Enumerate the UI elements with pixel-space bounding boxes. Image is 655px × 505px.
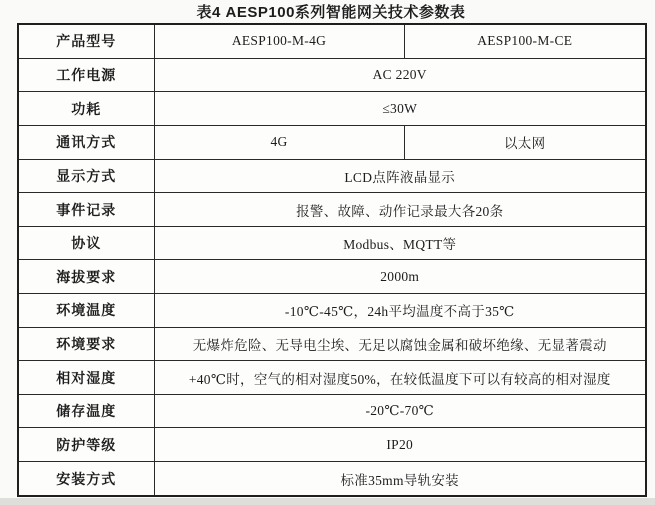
table-row: 通讯方式4G以太网 (18, 126, 646, 160)
spec-value: 标准35mm导轨安装 (154, 462, 646, 496)
spec-label: 协议 (18, 226, 154, 260)
spec-table: 产品型号AESP100-M-4GAESP100-M-CE工作电源AC 220V功… (17, 23, 647, 497)
spec-value: AESP100-M-4G (154, 24, 404, 58)
table-row: 相对湿度+40℃时，空气的相对湿度50%，在较低温度下可以有较高的相对湿度 (18, 361, 646, 395)
spec-label: 海拔要求 (18, 260, 154, 294)
table-row: 显示方式LCD点阵液晶显示 (18, 159, 646, 193)
spec-value: 报警、故障、动作记录最大各20条 (154, 193, 646, 227)
table-row: 环境温度-10℃-45℃，24h平均温度不高于35℃ (18, 294, 646, 328)
spec-label: 防护等级 (18, 428, 154, 462)
spec-label: 相对湿度 (18, 361, 154, 395)
table-row: 功耗≤30W (18, 92, 646, 126)
spec-label: 工作电源 (18, 58, 154, 92)
spec-value: -10℃-45℃，24h平均温度不高于35℃ (154, 294, 646, 328)
spec-value: 4G (154, 126, 404, 160)
page: { "title": "表4 AESP100系列智能网关技术参数表", "tab… (0, 0, 655, 505)
spec-value: 以太网 (404, 126, 646, 160)
table-row: 协议Modbus、MQTT等 (18, 226, 646, 260)
spec-label: 环境温度 (18, 294, 154, 328)
table-row: 防护等级IP20 (18, 428, 646, 462)
spec-label: 环境要求 (18, 327, 154, 361)
table-row: 安装方式标准35mm导轨安装 (18, 462, 646, 496)
table-row: 产品型号AESP100-M-4GAESP100-M-CE (18, 24, 646, 58)
table-row: 工作电源AC 220V (18, 58, 646, 92)
spec-value: +40℃时，空气的相对湿度50%，在较低温度下可以有较高的相对湿度 (154, 361, 646, 395)
spec-label: 显示方式 (18, 159, 154, 193)
spec-label: 储存温度 (18, 394, 154, 428)
table-row: 事件记录报警、故障、动作记录最大各20条 (18, 193, 646, 227)
spec-value: AESP100-M-CE (404, 24, 646, 58)
spec-label: 功耗 (18, 92, 154, 126)
spec-label: 事件记录 (18, 193, 154, 227)
spec-value: IP20 (154, 428, 646, 462)
spec-value: 2000m (154, 260, 646, 294)
spec-label: 安装方式 (18, 462, 154, 496)
spec-value: ≤30W (154, 92, 646, 126)
spec-value: 无爆炸危险、无导电尘埃、无足以腐蚀金属和破坏绝缘、无显著震动 (154, 327, 646, 361)
spec-value: AC 220V (154, 58, 646, 92)
scan-shadow-strip (0, 498, 655, 505)
spec-label: 产品型号 (18, 24, 154, 58)
spec-value: -20℃-70℃ (154, 394, 646, 428)
table-title: 表4 AESP100系列智能网关技术参数表 (17, 2, 645, 23)
table-row: 储存温度-20℃-70℃ (18, 394, 646, 428)
spec-label: 通讯方式 (18, 126, 154, 160)
spec-value: LCD点阵液晶显示 (154, 159, 646, 193)
table-row: 环境要求无爆炸危险、无导电尘埃、无足以腐蚀金属和破坏绝缘、无显著震动 (18, 327, 646, 361)
spec-value: Modbus、MQTT等 (154, 226, 646, 260)
table-row: 海拔要求2000m (18, 260, 646, 294)
